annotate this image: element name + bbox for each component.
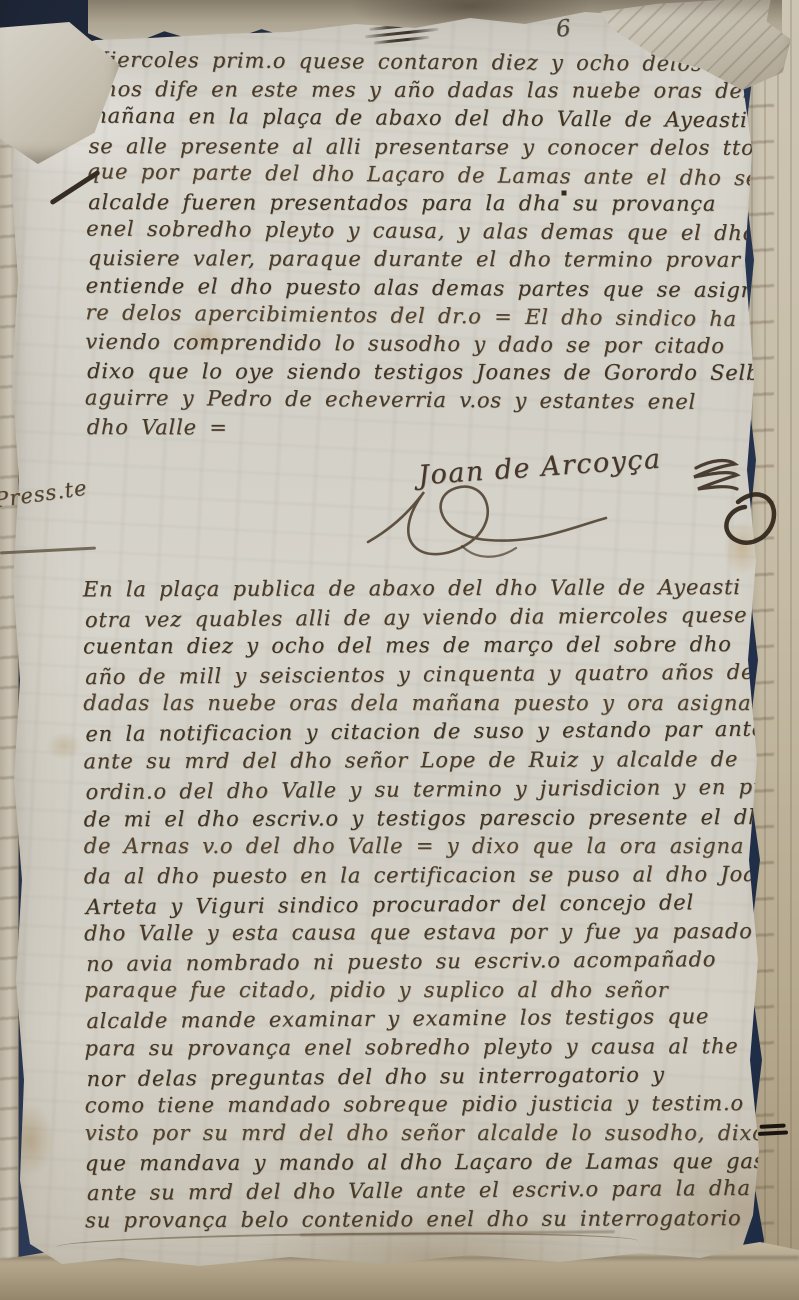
manuscript-line: Arteta y Viguri sindico procurador del c…	[86, 888, 799, 923]
entry-1: Miercoles prim.o quese contaron diez y o…	[85, 47, 799, 447]
manuscript-line: como tiene mandado sobreque pidio justic…	[85, 1091, 799, 1122]
entry-2: En la plaça publica de abaxo del dho Val…	[83, 575, 799, 1238]
manuscript-line: no avia nombrado ni puesto su escriv.o a…	[86, 946, 799, 981]
manuscript-line: mañana en la plaça de abaxo del dho Vall…	[87, 104, 799, 137]
manuscript-line: se alle presente al alli presentarse y c…	[89, 134, 799, 164]
manuscript-page: 6 Miercoles prim.o quese contaron diez y…	[0, 0, 799, 1300]
manuscript-line: nor delas preguntas del dho su interroga…	[87, 1061, 799, 1096]
ink-blots	[0, 0, 2, 2]
manuscript-line: para su provança enel sobredho pleyto y …	[84, 1034, 799, 1065]
manuscript-line: dho Valle y esta causa que estava por y …	[84, 919, 799, 950]
folio-number: 6	[555, 15, 572, 42]
manuscript-line: paraque fue citado, pidio y suplico al d…	[84, 978, 799, 1007]
manuscript-line: alcalde mande examinar y examine los tes…	[86, 1003, 799, 1038]
manuscript-line: dixo que lo oye siendo testigos Joanes d…	[87, 359, 799, 389]
manuscript-line: da al dho puesto en la certificacion se …	[84, 862, 799, 893]
manuscript-photo: 6 Miercoles prim.o quese contaron diez y…	[0, 0, 799, 1300]
manuscript-line: de mi el dho escriv.o y testigos paresci…	[84, 804, 799, 835]
manuscript-line: visto por su mrd del dho señor alcalde l…	[85, 1121, 799, 1150]
manuscript-line: de Arnas v.o del dho Valle = y dixo que …	[84, 834, 799, 863]
signature-block: Joan de Arcoyça	[366, 446, 794, 580]
manuscript-line: ante su mrd del dho señor Lope de Ruiz y…	[83, 747, 799, 778]
manuscript-line: enel sobredho pleyto y causa, y alas dem…	[86, 217, 799, 250]
manuscript-line: cuentan diez y ocho del mes de março del…	[83, 632, 799, 663]
manuscript-line: en la notificacion y citacion de suso y …	[85, 716, 799, 751]
manuscript-line: año de mill y seiscientos y cinquenta y …	[85, 659, 799, 694]
manuscript-line: que mandava y mando al dho Laçaro de Lam…	[85, 1148, 799, 1179]
edge-scribble-mark	[759, 1121, 792, 1145]
manuscript-line: otra vez quables alli de ay viendo dia m…	[85, 602, 799, 637]
manuscript-line: quisiere valer, paraque durante el dho t…	[88, 246, 799, 276]
manuscript-line: dadas las nuebe oras dela mañana puesto …	[83, 691, 799, 720]
manuscript-line: ante su mrd del dho Valle ante el escriv…	[87, 1175, 799, 1210]
manuscript-line: alcalde fueren presentados para la dha s…	[88, 190, 799, 220]
manuscript-line: dho Valle =	[87, 415, 799, 445]
manuscript-line: ordin.o del dho Valle y su termino y jur…	[85, 774, 799, 809]
manuscript-line: aguirre y Pedro de echeverria v.os y est…	[85, 386, 799, 419]
manuscript-line: dhos dife en este mes y año dadas las nu…	[89, 77, 799, 107]
